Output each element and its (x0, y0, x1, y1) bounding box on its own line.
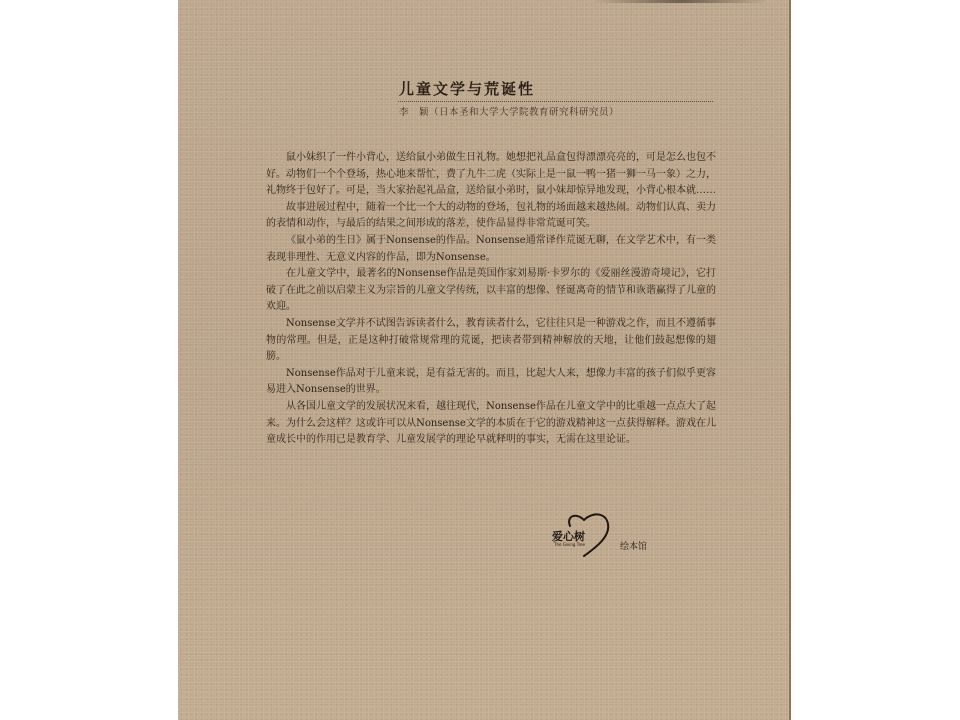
author-byline: 李 颖（日本圣和大学大学院教育研究科研究员） (399, 104, 619, 118)
paragraph: 鼠小妹织了一件小背心，送给鼠小弟做生日礼物。她想把礼品盒包得漂漂亮亮的，可是怎么… (266, 150, 716, 200)
logo-subtitle: 绘本馆 (620, 539, 647, 552)
paragraph: 《鼠小弟的生日》属于Nonsense的作品。Nonsense通常译作荒诞无聊，在… (266, 233, 716, 266)
article-body: 鼠小妹织了一件小背心，送给鼠小弟做生日礼物。她想把礼品盒包得漂漂亮亮的，可是怎么… (266, 150, 716, 449)
scanned-page: 儿童文学与荒诞性 李 颖（日本圣和大学大学院教育研究科研究员） 鼠小妹织了一件小… (178, 0, 791, 720)
title-divider (398, 101, 713, 102)
article-title: 儿童文学与荒诞性 (399, 78, 535, 99)
paragraph: Nonsense作品对于儿童来说，是有益无害的。而且，比起大人来，想像力丰富的孩… (266, 366, 716, 399)
logo-english-name: The Giving Tree (554, 542, 585, 547)
paragraph: 从各国儿童文学的发展状况来看，越往现代，Nonsense作品在儿童文学中的比重越… (266, 399, 716, 449)
paragraph: 故事进展过程中，随着一个比一个大的动物的登场，包礼物的场面越来越热闹。动物们认真… (266, 200, 716, 233)
publisher-logo: 爱心树 The Giving Tree 绘本馆 (550, 510, 660, 560)
paragraph: 在儿童文学中，最著名的Nonsense作品是英国作家刘易斯·卡罗尔的《爱丽丝漫游… (266, 266, 716, 316)
paragraph: Nonsense文学并不试图告诉读者什么，教育读者什么，它往往只是一种游戏之作，… (266, 316, 716, 366)
